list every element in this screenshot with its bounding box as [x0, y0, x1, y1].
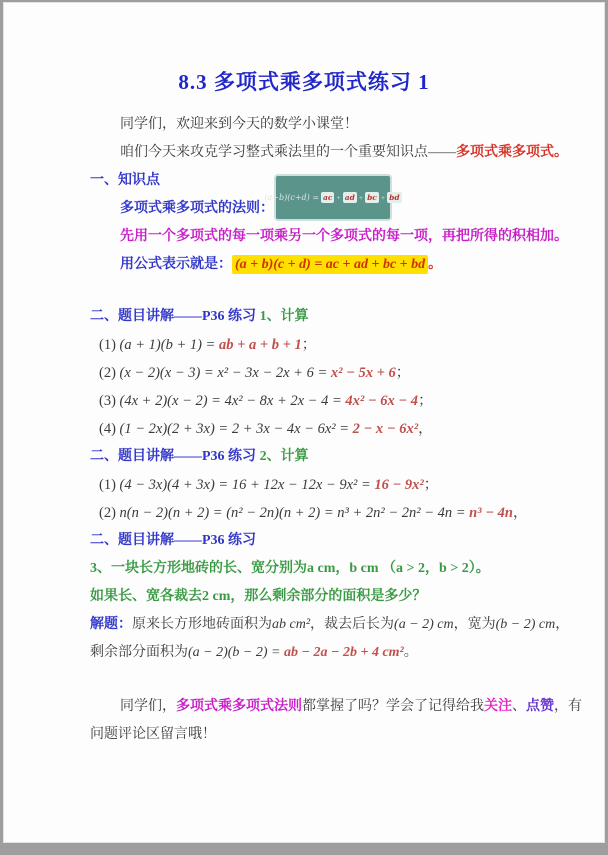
text-segment: 点赞	[526, 699, 554, 714]
equation-1-4: (4) (1 − 2x)(2 + 3x) = 2 + 3x − 4x − 6x²…	[99, 415, 604, 443]
text-segment: 1、计算	[260, 309, 309, 324]
text-segment: ab − 2a − 2b + 4 cm²	[284, 645, 404, 660]
text-segment: 问题评论区留言哦！	[90, 727, 216, 742]
plus-sign: +	[336, 193, 340, 202]
text-segment: 3、一块长方形地砖的长、宽分别为	[90, 561, 307, 576]
term-chip: ad	[343, 192, 357, 203]
greeting-line: 同学们，欢迎来到今天的数学小课堂！	[120, 111, 604, 139]
solution-line-1: 解题：原来长方形地砖面积为ab cm²，裁去后长为(a − 2) cm，宽为(b…	[90, 611, 604, 639]
desk-background	[0, 843, 608, 855]
spacer	[4, 279, 604, 303]
solution-line-2: 剩余部分面积为(a − 2)(b − 2) = ab − 2a − 2b + 4…	[90, 639, 604, 667]
text-segment: 4x² − 6x − 4	[345, 393, 418, 409]
text-segment: (1)	[99, 337, 120, 353]
equation-1-1: (1) (a + 1)(b + 1) = ab + a + b + 1；	[99, 331, 604, 359]
text-segment: 解题：	[90, 617, 132, 632]
text-segment: ，	[418, 421, 433, 437]
text-segment: 同学们，欢迎来到今天的数学小课堂！	[120, 117, 358, 132]
text-segment: 2、计算	[260, 449, 309, 464]
text-segment: (a + b)(c + d) = ac + ad + bc + bd	[232, 255, 428, 274]
text-segment: 2 − x − 6x²	[353, 421, 418, 437]
closing-line-2: 问题评论区留言哦！	[90, 721, 604, 749]
rule-text-line: 先用一个多项式的每一项乘另一个多项式的每一项，再把所得的积相加。	[120, 223, 604, 251]
text-segment: ab cm²	[272, 617, 310, 632]
text-segment: ；	[302, 337, 317, 353]
title-gap	[4, 99, 604, 111]
closing-line-1: 同学们，多项式乘多项式法则都掌握了吗？学会了记得给我关注、点赞，有	[120, 693, 604, 721]
text-segment: a cm，b cm （a > 2，b > 2）。	[307, 561, 490, 576]
illustration-terms: ac+ad+bc+bd	[321, 192, 402, 203]
text-segment: 如果长、宽各裁去2 cm，那么剩余部分的面积是多少？	[90, 589, 426, 604]
problem-3-line-1: 3、一块长方形地砖的长、宽分别为a cm，b cm （a > 2，b > 2）。	[90, 555, 604, 583]
text-segment: 多项式乘多项式的法则：	[120, 201, 274, 216]
text-segment: 先用一个多项式的每一项乘另一个多项式的每一项，再把所得的积相加。	[120, 229, 568, 244]
text-segment: 16 − 9x²	[374, 477, 423, 493]
text-segment: 二、题目讲解——P36 练习	[90, 449, 260, 464]
text-segment: x² − 5x + 6	[331, 365, 396, 381]
text-segment: ；	[396, 365, 411, 381]
illustration-expression: (a+b)(c+d) =	[264, 193, 319, 202]
text-segment: 多项式乘多项式。	[456, 145, 568, 160]
polynomial-rule-illustration: (a+b)(c+d) = ac+ad+bc+bd	[274, 174, 392, 221]
document-page: 8.3 多项式乘多项式练习 1 同学们，欢迎来到今天的数学小课堂！咱们今天来攻克…	[3, 2, 605, 843]
equation-2-1: (1) (4 − 3x)(4 + 3x) = 16 + 12x − 12x − …	[99, 471, 604, 499]
text-segment: (2)	[99, 365, 120, 381]
text-segment: 二、题目讲解——P36 练习	[90, 309, 260, 324]
term-chip: bd	[387, 192, 402, 203]
term-chip: ac	[321, 192, 334, 203]
text-segment: ，宽为	[454, 617, 496, 632]
section-heading-practice3: 二、题目讲解——P36 练习	[90, 527, 604, 555]
text-segment: 同学们，	[120, 699, 176, 714]
text-segment: n(n − 2)(n + 2) = (n² − 2n)(n + 2) = n³ …	[120, 505, 470, 521]
text-segment: (1)	[99, 477, 120, 493]
term-chip: bc	[365, 192, 379, 203]
text-segment: ；	[424, 477, 439, 493]
text-segment: 都掌握了吗？学会了记得给我	[302, 699, 484, 714]
text-segment: 二、题目讲解——P36 练习	[90, 533, 256, 548]
text-segment: ；	[418, 393, 433, 409]
section-heading-practice2: 二、题目讲解——P36 练习 2、计算	[90, 443, 604, 471]
text-segment: ，	[555, 617, 569, 632]
plus-sign: +	[359, 193, 363, 202]
page-title: 8.3 多项式乘多项式练习 1	[4, 65, 604, 99]
spacer	[4, 667, 604, 693]
text-segment: ，有	[554, 699, 582, 714]
text-segment: (2)	[99, 505, 120, 521]
text-segment: (a − 2) cm	[394, 617, 454, 632]
equation-1-2: (2) (x − 2)(x − 3) = x² − 3x − 2x + 6 = …	[99, 359, 604, 387]
plus-sign: +	[381, 193, 385, 202]
text-segment: (4x + 2)(x − 2) = 4x² − 8x + 2x − 4 =	[120, 393, 346, 409]
text-segment: n³ − 4n	[469, 505, 513, 521]
text-segment: ab + a + b + 1	[219, 337, 302, 353]
text-segment: ，	[513, 505, 528, 521]
text-segment: 多项式乘多项式法则	[176, 699, 302, 714]
text-segment: (4 − 3x)(4 + 3x) = 16 + 12x − 12x − 9x² …	[120, 477, 375, 493]
equation-2-2: (2) n(n − 2)(n + 2) = (n² − 2n)(n + 2) =…	[99, 499, 604, 527]
text-segment: (x − 2)(x − 3) = x² − 3x − 2x + 6 =	[120, 365, 331, 381]
text-segment: 。	[404, 645, 418, 660]
problem-3-line-2: 如果长、宽各裁去2 cm，那么剩余部分的面积是多少？	[90, 583, 604, 611]
section-heading-practice1: 二、题目讲解——P36 练习 1、计算	[90, 303, 604, 331]
text-segment: (3)	[99, 393, 120, 409]
text-segment: (b − 2) cm	[496, 617, 556, 632]
text-segment: 用公式表示就是：	[120, 257, 232, 272]
text-segment: 、	[512, 699, 526, 714]
screenshot-root: { "page": { "title": "8.3 多项式乘多项式练习 1" }…	[0, 0, 608, 855]
text-segment: 原来长方形地砖面积为	[132, 617, 272, 632]
text-segment: (4)	[99, 421, 120, 437]
text-segment: 关注	[484, 699, 512, 714]
intro-line: 咱们今天来攻克学习整式乘法里的一个重要知识点——多项式乘多项式。	[120, 139, 604, 167]
text-segment: 剩余部分面积为	[90, 645, 188, 660]
equation-1-3: (3) (4x + 2)(x − 2) = 4x² − 8x + 2x − 4 …	[99, 387, 604, 415]
text-segment: 一、知识点	[90, 173, 160, 188]
text-segment: 。	[428, 257, 442, 272]
formula-line: 用公式表示就是：(a + b)(c + d) = ac + ad + bc + …	[120, 251, 604, 279]
text-segment: (a − 2)(b − 2) =	[188, 645, 284, 660]
text-segment: (a + 1)(b + 1) =	[120, 337, 219, 353]
text-segment: 咱们今天来攻克学习整式乘法里的一个重要知识点——	[120, 145, 456, 160]
text-segment: ，裁去后长为	[310, 617, 394, 632]
text-segment: (1 − 2x)(2 + 3x) = 2 + 3x − 4x − 6x² =	[120, 421, 353, 437]
